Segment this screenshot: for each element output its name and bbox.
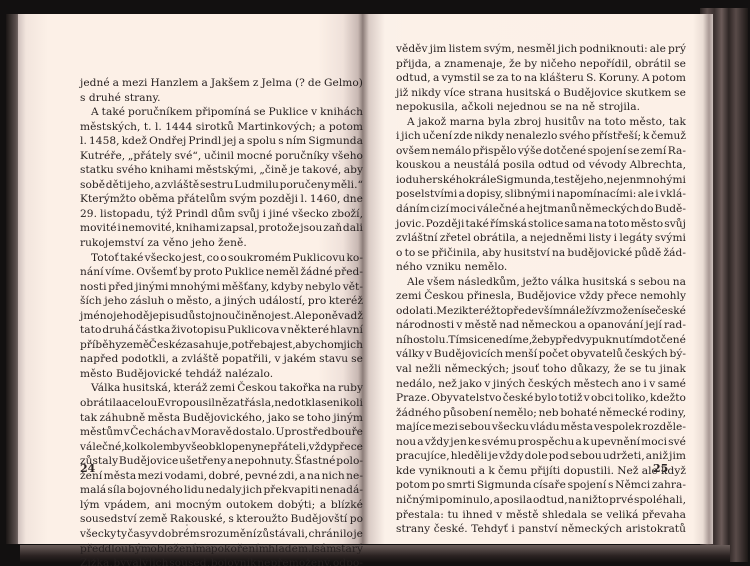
text-line: Totoť také všecko jest, co o soukromém P… bbox=[80, 251, 363, 266]
text-line: ovšem nemálo přispělo výše dotčené spoje… bbox=[396, 144, 686, 159]
text-line: jméno jeho dějepisu důstojno učiněno jes… bbox=[80, 309, 363, 324]
left-page-text: jedné a mezi Hanzlem a Jakšem z Jelma (?… bbox=[80, 76, 363, 566]
text-line: majíce mezi sebou všecku vládu města ves… bbox=[396, 420, 686, 435]
text-line: Válka husitská, kteráž zemi Českou takoř… bbox=[80, 381, 363, 396]
text-line: před dlouhým obležením a pokořením hlade… bbox=[80, 542, 363, 557]
photo-background: jedné a mezi Hanzlem a Jakšem z Jelma (?… bbox=[0, 0, 750, 566]
text-line: o to se přičinila, aby husitství na budě… bbox=[396, 246, 686, 261]
open-book: jedné a mezi Hanzlem a Jakšem z Jelma (?… bbox=[18, 14, 713, 544]
text-line: strany české. Tehdyť i panství německých… bbox=[396, 522, 686, 537]
page-number-left: 24 bbox=[80, 462, 95, 475]
text-line: národnosti v městě nad německou a opanov… bbox=[396, 318, 686, 333]
text-line: přestala: tu ihned v městě shledala se v… bbox=[396, 508, 686, 523]
text-line: zůstaly Budějovice ušetřeny a nepohnuty.… bbox=[80, 454, 363, 469]
text-line: lým vpádem, ani mocným outokem dobýti; a… bbox=[80, 498, 363, 513]
text-line: ného vzniku nemělo. bbox=[396, 260, 686, 275]
text-line: A jakož marna byla zbroj husitův na toto… bbox=[396, 115, 686, 130]
text-line: napřed podotkli, a zvláště popatřili, v … bbox=[80, 352, 363, 367]
text-line: městských, t. l. 1444 sirotků Martinkový… bbox=[80, 120, 363, 135]
text-line: války v Budějovicích menší počet obyvate… bbox=[396, 347, 686, 362]
text-line: nosti před jinými mnohými měšťany, kdyby… bbox=[80, 280, 363, 295]
text-line: jovic. Později také římská stolice sama … bbox=[396, 217, 686, 232]
text-line: malá síla bojovného lidu nedaly jich pře… bbox=[80, 483, 363, 498]
text-line: válečné, kolkolem byvše obklopeny nepřát… bbox=[80, 440, 363, 455]
text-line: jedné a mezi Hanzlem a Jakšem z Jelma (?… bbox=[80, 76, 363, 91]
text-line: již nikdy více strana husitská o Budějov… bbox=[396, 86, 686, 101]
text-line: potom po smrti Sigmunda císaře spojení s… bbox=[396, 478, 686, 493]
text-line: odtud, a vymstil se za to na klášteru S.… bbox=[396, 71, 686, 86]
text-line: Praze. Obyvatelstvo české bylo totiž v o… bbox=[396, 391, 686, 406]
paper-speck bbox=[173, 490, 175, 492]
text-line: poselstvími a dopisy, slibnými i napomín… bbox=[396, 187, 686, 202]
text-line: přijda, a znamenaje, že by ničeho nepoří… bbox=[396, 57, 686, 72]
text-line: statku svého knihami městskými, „čině je… bbox=[80, 163, 363, 178]
paper-speck bbox=[186, 524, 188, 526]
text-line: i od uherského krále Sigmunda, testě jeh… bbox=[396, 173, 686, 188]
text-line: žádného působení nemělo; neb bohaté něme… bbox=[396, 406, 686, 421]
text-line: val nežli německých; jsouť toho důkazy, … bbox=[396, 362, 686, 377]
text-line: všecky ty časy v dobrém srozumění zůstáv… bbox=[80, 527, 363, 542]
text-line: sousedství země Rakouské, s kteroužto Bu… bbox=[80, 512, 363, 527]
text-line: 29. listopadu, týž Prindl dům svůj i jin… bbox=[80, 207, 363, 222]
left-page: jedné a mezi Hanzlem a Jakšem z Jelma (?… bbox=[18, 14, 363, 544]
text-line: zemi Českou přinesla, Budějovice vždy př… bbox=[396, 289, 686, 304]
text-line: l. 1458, kdež Ondřej Prindl jej a spolu … bbox=[80, 134, 363, 149]
page-number-right: 25 bbox=[653, 462, 668, 475]
text-line: A také poručníkem připomíná se Puklice v… bbox=[80, 105, 363, 120]
text-line: movité i nemovité, knihami zapsal, proto… bbox=[80, 221, 363, 236]
text-line: Kterýmžto oběma přátelům svým později l.… bbox=[80, 192, 363, 207]
text-line: odolati. Mezi kteréžto především náleží … bbox=[396, 304, 686, 319]
text-line: s druhé strany. bbox=[80, 91, 363, 106]
text-line: nepokusila, ačkoli nejednou se na ně str… bbox=[396, 100, 686, 115]
text-line: ního stolu. Tím sice nedíme, že by před … bbox=[396, 333, 686, 348]
right-page: věděv jim listem svým, nesměl jich podni… bbox=[363, 14, 713, 544]
paper-speck bbox=[183, 504, 185, 506]
text-line: žení města mezi vodami, dobré, pevné zdi… bbox=[80, 469, 363, 484]
text-line: obrátila a celou Evropou silně zatřásla,… bbox=[80, 396, 363, 411]
text-line: tato druhá částka životopisu Puklicova v… bbox=[80, 323, 363, 338]
text-line: ších jeho zásluh o město, a jiných událo… bbox=[80, 294, 363, 309]
text-line: nání víme. Ovšemť by proto Puklice neměl… bbox=[80, 265, 363, 280]
text-line: Ale všem následkům, ježto válka husitská… bbox=[396, 275, 686, 290]
text-line: ničnými pominulo, a posila odtud, na niž… bbox=[396, 493, 686, 508]
text-line: Kutréře, „přátely své“, učinil mocné por… bbox=[80, 149, 363, 164]
text-line: tak záhubně města Budějovického, jako se… bbox=[80, 411, 363, 426]
text-line: nou a vždy jen ke svému prospěchu a k up… bbox=[396, 435, 686, 450]
text-line: příběhy země České zasahuje, potřeba jes… bbox=[80, 338, 363, 353]
text-line: dáním cizí moci válečné a hejtmanů němec… bbox=[396, 202, 686, 217]
text-line: městům v Čechách a v Moravě dostalo. Upr… bbox=[80, 425, 363, 440]
text-line: nedálo, než jako v jiných českých městec… bbox=[396, 377, 686, 392]
text-line: rukojemství za věno jeho ženě. bbox=[80, 236, 363, 251]
text-line: věděv jim listem svým, nesměl jich podni… bbox=[396, 42, 686, 57]
text-line: i jich učení zde nikdy nenalezlo svého p… bbox=[396, 129, 686, 144]
text-line: zvláštní zřetel obrátila, a nejedněmi li… bbox=[396, 231, 686, 246]
text-line: kde vyniknouti a k čemu přijíti dopustil… bbox=[396, 464, 686, 479]
text-line: sobě děti jeho, a zvláště sestru Ludmilu… bbox=[80, 178, 363, 193]
right-page-text: věděv jim listem svým, nesměl jich podni… bbox=[396, 42, 686, 537]
text-line: město Budějovické tehdáž nalézalo. bbox=[80, 367, 363, 382]
text-line: pracujíce, hleděli je vždy dole pod sebo… bbox=[396, 449, 686, 464]
text-line: kouskou a neustálá posila odtud od vévod… bbox=[396, 158, 686, 173]
text-line: Žižka, bývalý jich soused, bojovník nepř… bbox=[80, 556, 363, 566]
